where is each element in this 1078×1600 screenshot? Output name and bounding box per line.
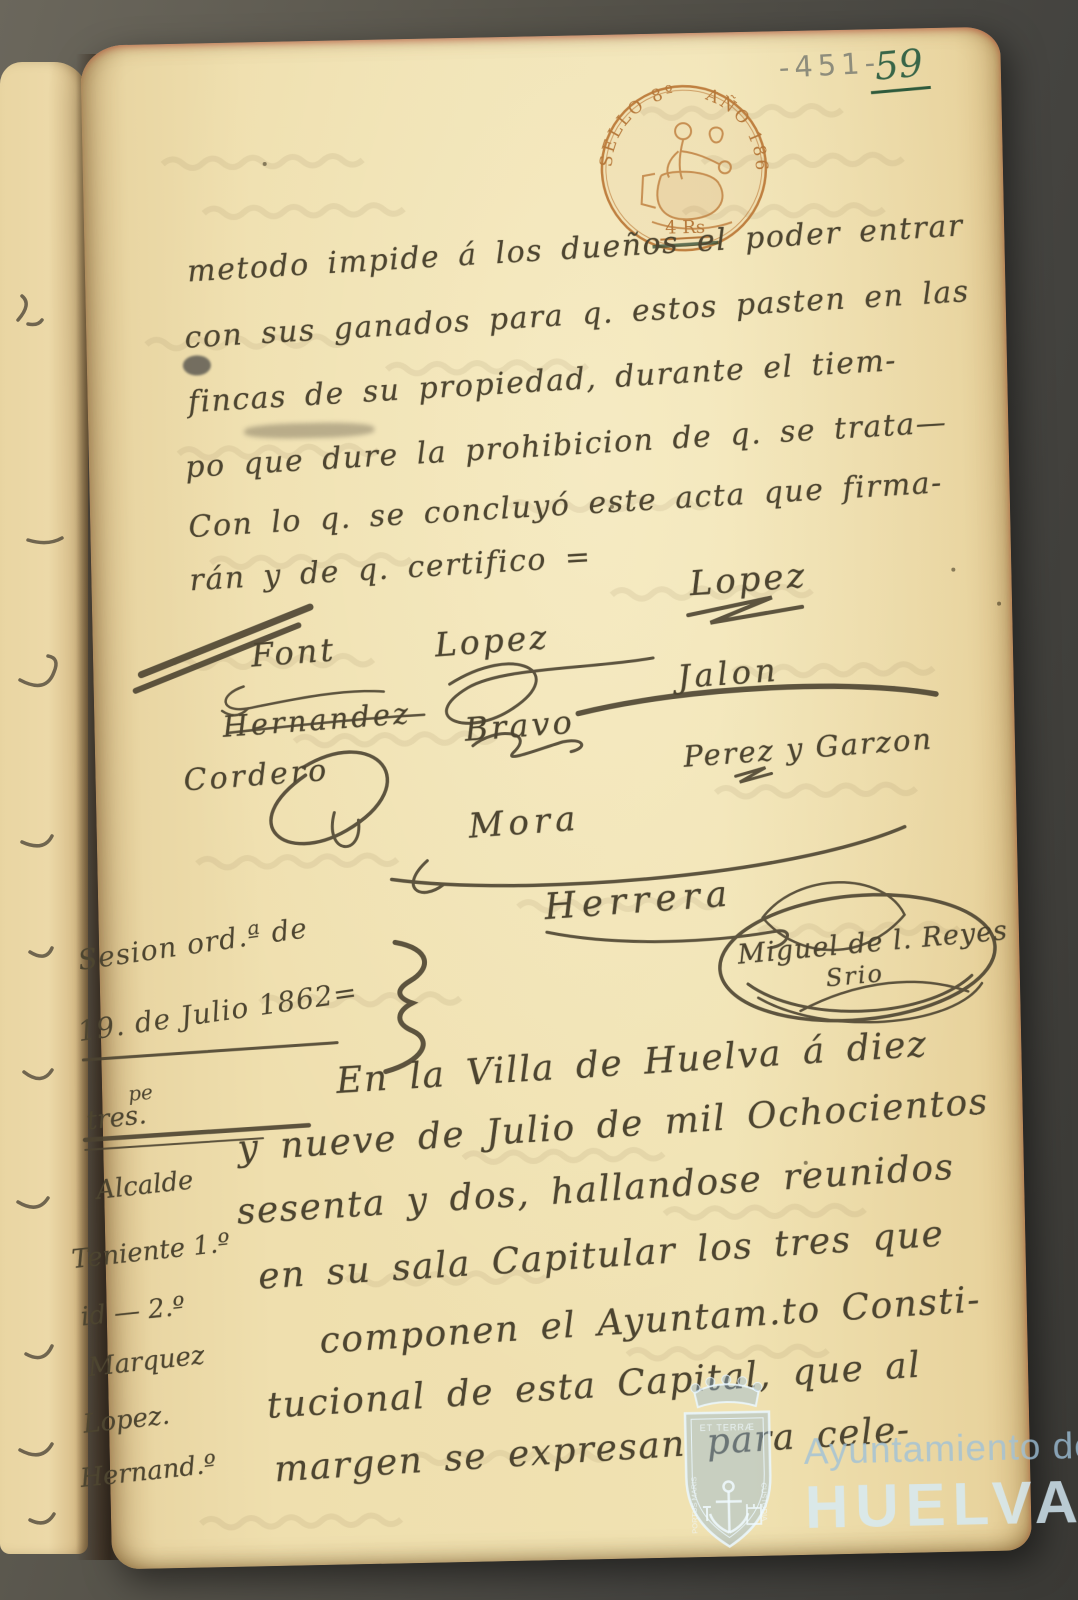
- manuscript-page: -451- 59 SELLO 8º AÑO 1862. 4 Rs: [80, 27, 1032, 1570]
- shield-motto-left: PORTUS MARIS: [689, 1477, 699, 1534]
- signature-herrera: Herrera: [543, 873, 735, 928]
- ink-blot: [183, 355, 211, 376]
- signature-jalon: Jalon: [676, 651, 781, 696]
- session-note-line-1: Sesion ord.ª de: [76, 911, 310, 977]
- signature-mora: Mora: [467, 799, 581, 847]
- closing-line-2: con sus ganados para q. estos pasten en …: [184, 274, 971, 356]
- paper-speck: [263, 162, 267, 166]
- paper-speck: [997, 602, 1001, 606]
- facing-page-ink-fragments: [0, 62, 88, 1554]
- shield-motto-top: ET TERRÆ: [700, 1422, 755, 1433]
- archive-scan-viewport: { "document": { "folio_pencil": "-451-",…: [0, 0, 1078, 1600]
- shield-motto-right: CUSTODIA: [759, 1482, 769, 1521]
- huelva-watermark: ET TERRÆ PORTUS MARIS CUSTODIA Ayuntamie…: [664, 1366, 1078, 1558]
- signature-perez-garzon: Perez y Garzon: [682, 722, 934, 774]
- watermark-line-1: Ayuntamiento de: [803, 1425, 1078, 1473]
- signature-bravo: Bravo: [463, 703, 576, 749]
- signature-font: Font: [250, 630, 338, 674]
- margin-item-tres: tres.: [85, 1100, 148, 1136]
- ink-smudge: [244, 422, 374, 440]
- folio-number-pencil: -451-: [778, 45, 881, 85]
- watermark-line-2: HUELVA: [804, 1467, 1078, 1542]
- facing-page-edge: [0, 62, 88, 1554]
- closing-line-3: fincas de su propiedad, durante el tiem-: [187, 343, 898, 420]
- closing-line-1: metodo impide á los dueños el poder entr…: [186, 208, 964, 289]
- signature-lopez-1: Lopez: [688, 556, 808, 605]
- closing-line-6: rán y de q. certifico =: [189, 540, 593, 599]
- signature-cordero: Cordero: [182, 753, 330, 799]
- session-note-line-2: 19. de Julio 1862=: [76, 975, 360, 1048]
- folio-number-ink: 59: [867, 40, 932, 94]
- signature-lopez-2: Lopez: [433, 617, 550, 664]
- session-line-4: en su sala Capitular los tres que: [257, 1214, 945, 1298]
- huelva-shield-icon: ET TERRÆ PORTUS MARIS CUSTODIA: [664, 1373, 792, 1558]
- signature-reyes-title: Srio: [825, 959, 885, 992]
- paper-speck: [951, 568, 955, 572]
- margin-item-alcalde: Alcalde: [95, 1166, 195, 1206]
- signature-hernandez: Hernandez: [221, 696, 412, 744]
